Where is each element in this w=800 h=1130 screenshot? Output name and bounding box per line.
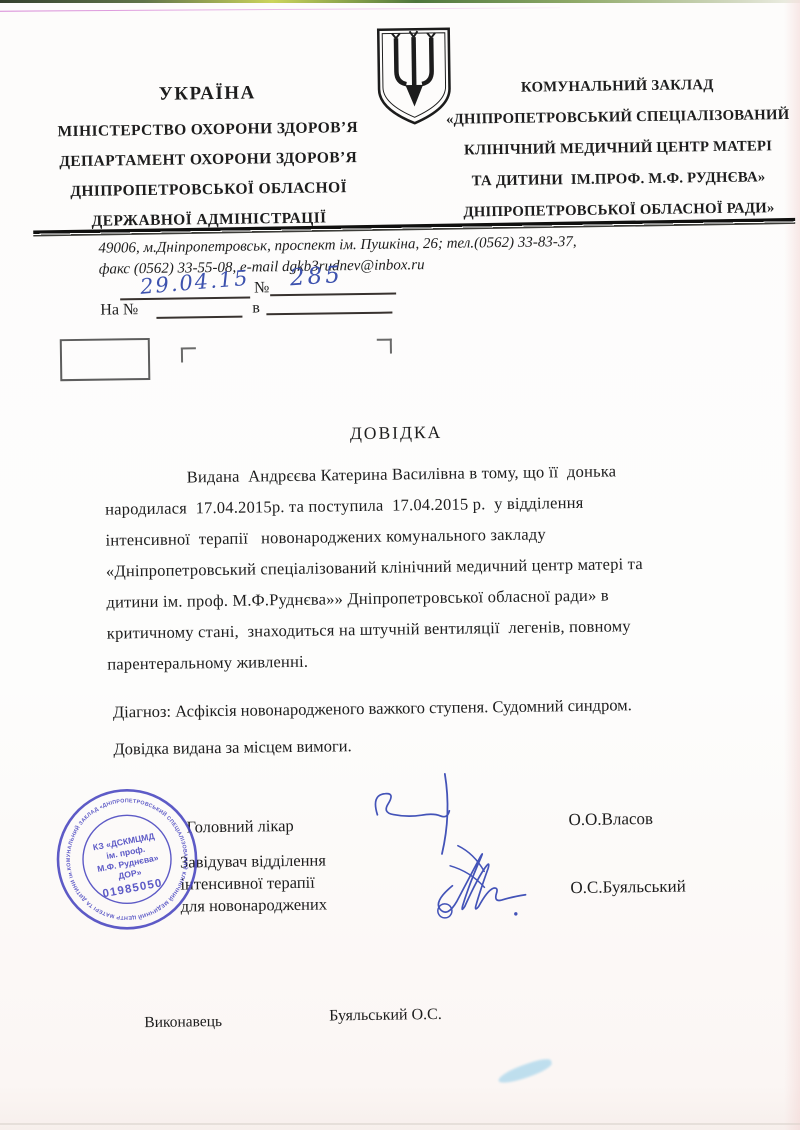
sender-line: МІНІСТЕРСТВО ОХОРОНИ ЗДОРОВ’Я <box>40 113 376 148</box>
body-paragraph: Видана Андрєєва Катерина Василівна в том… <box>104 454 747 680</box>
document-page: УКРАЇНА МІНІСТЕРСТВО ОХОРОНИ ЗДОРОВ’Я ДЕ… <box>0 0 800 1130</box>
on-number-underline <box>156 316 242 319</box>
stamp-code: 01985050 <box>102 877 164 900</box>
issued-line: Довідка видана за місцем вимоги. <box>113 733 613 760</box>
institution-line: КЛІНІЧНИЙ МЕДИЧНИЙ ЦЕНТР МАТЕРІ <box>444 131 792 167</box>
country-title: УКРАЇНА <box>39 81 375 108</box>
document-title: ДОВІДКА <box>6 417 786 449</box>
sender-line: ДНІПРОПЕТРОВСЬКОЇ ОБЛАСНОЇ <box>40 173 376 208</box>
on-number-label: На № <box>100 301 138 320</box>
in-underline <box>266 312 392 316</box>
round-stamp: КОМУНАЛЬНИЙ ЗАКЛАД «ДНІПРОПЕТРОВСЬКИЙ СП… <box>39 772 214 947</box>
in-label: в <box>252 299 260 317</box>
institution-block: КОМУНАЛЬНИЙ ЗАКЛАД «ДНІПРОПЕТРОВСЬКИЙ СП… <box>443 69 793 229</box>
executor-label: Виконавець <box>144 1013 222 1032</box>
corner-mark-left <box>181 347 196 362</box>
head-of-unit-name: О.С.Буяльський <box>570 877 686 899</box>
sender-block: УКРАЇНА МІНІСТЕРСТВО ОХОРОНИ ЗДОРОВ’Я ДЕ… <box>39 81 377 238</box>
corner-mark-right <box>377 339 392 354</box>
letter-content: УКРАЇНА МІНІСТЕРСТВО ОХОРОНИ ЗДОРОВ’Я ДЕ… <box>0 0 800 1130</box>
institution-line: ТА ДИТИНИ ІМ.ПРОФ. М.Ф. РУДНЄВА» <box>444 162 792 198</box>
ink-smudge <box>496 1056 553 1086</box>
handwritten-number: 285 <box>289 262 344 291</box>
number-underline <box>270 292 396 296</box>
diagnosis-line: Діагноз: Асфіксія новонародженого важког… <box>113 694 753 723</box>
address-box <box>60 338 151 381</box>
head-of-unit-signature <box>414 825 530 922</box>
date-underline <box>120 297 250 301</box>
institution-line: КОМУНАЛЬНИЙ ЗАКЛАД <box>443 69 791 105</box>
sender-line: ДЕПАРТАМЕНТ ОХОРОНИ ЗДОРОВ’Я <box>40 143 376 178</box>
chief-doctor-role: Головний лікар <box>186 816 293 837</box>
executor-name: Буяльський О.С. <box>329 1006 442 1026</box>
chief-doctor-name: О.О.Власов <box>568 809 653 830</box>
number-sign-label: № <box>254 279 270 297</box>
institution-line: «ДНІПРОПЕТРОВСЬКИЙ СПЕЦІАЛІЗОВАНИЙ <box>444 100 792 136</box>
